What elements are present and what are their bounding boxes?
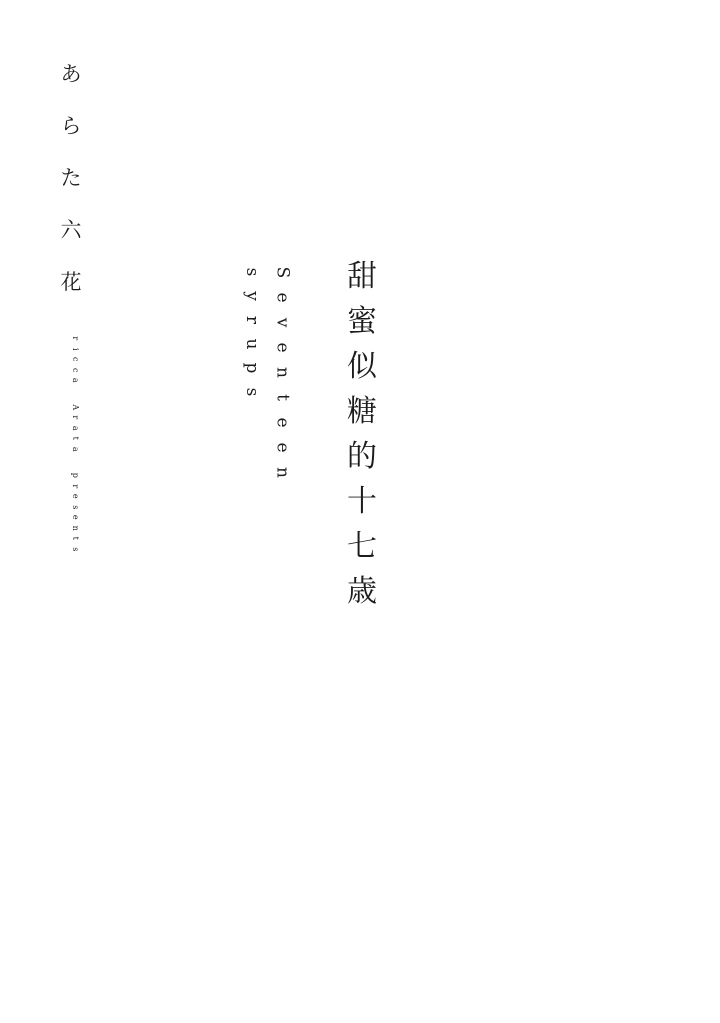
glyph: 蜜 bbox=[345, 299, 379, 344]
glyph: 花 bbox=[59, 256, 83, 308]
glyph: u bbox=[240, 333, 264, 355]
english-title-line1: Seventeen bbox=[271, 260, 293, 485]
glyph: 歳 bbox=[345, 569, 379, 614]
glyph: た bbox=[59, 152, 83, 204]
glyph: n bbox=[270, 462, 295, 484]
glyph: s bbox=[240, 381, 264, 403]
glyph: 的 bbox=[345, 434, 379, 479]
glyph: n bbox=[270, 362, 295, 384]
main-title: 甜蜜似糖的十七歳 bbox=[345, 254, 379, 614]
glyph: a bbox=[69, 373, 80, 388]
glyph: r bbox=[240, 309, 264, 331]
glyph: e bbox=[270, 412, 295, 434]
glyph: e bbox=[270, 287, 295, 309]
book-title-page: あらた六花 riccaAratapresents syrups Seventee… bbox=[0, 0, 720, 1023]
glyph: s bbox=[69, 541, 80, 556]
glyph: ら bbox=[59, 100, 83, 152]
glyph: y bbox=[240, 285, 264, 307]
glyph: e bbox=[270, 337, 295, 359]
credit-line: riccaAratapresents bbox=[67, 333, 82, 554]
glyph: 六 bbox=[59, 204, 83, 256]
glyph: e bbox=[270, 437, 295, 459]
glyph: s bbox=[240, 261, 264, 283]
glyph: 糖 bbox=[345, 389, 379, 434]
glyph: 甜 bbox=[345, 254, 379, 299]
glyph: v bbox=[270, 312, 295, 334]
glyph: 七 bbox=[345, 524, 379, 569]
glyph: あ bbox=[59, 48, 83, 100]
author-name: あらた六花 bbox=[59, 48, 83, 308]
glyph: 十 bbox=[345, 479, 379, 524]
english-title-line2: syrups bbox=[241, 260, 263, 404]
glyph: p bbox=[240, 357, 264, 379]
glyph bbox=[67, 386, 83, 401]
glyph: t bbox=[270, 387, 295, 409]
glyph: 似 bbox=[345, 344, 379, 389]
glyph: S bbox=[270, 262, 295, 284]
